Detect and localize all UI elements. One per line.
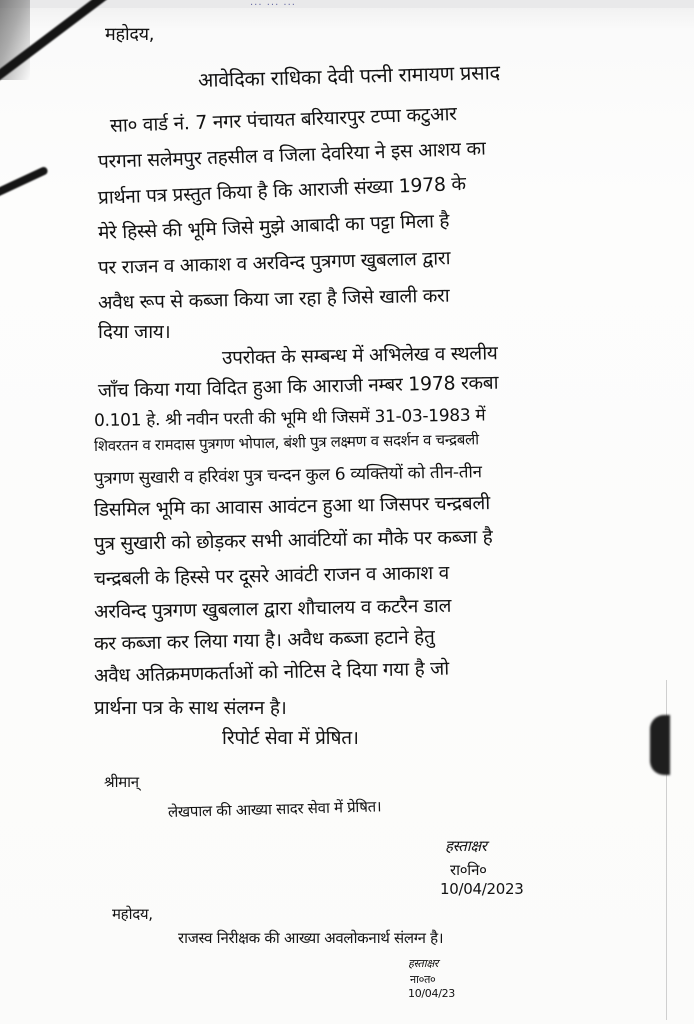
note2-date: 10/04/23 xyxy=(408,987,455,1000)
note1-signature: हस्ताक्षर xyxy=(445,836,487,856)
faint-printed-header: ... ... ... xyxy=(250,0,296,8)
paragraph2-line: पुत्रगण सुखारी व हरिवंश पुत्र चन्दन कुल … xyxy=(94,459,482,489)
paragraph1-line: पर राजन व आकाश व अरविन्द पुत्रगण खुबलाल … xyxy=(98,244,451,280)
paragraph2-line: 0.101 हे. श्री नवीन परती की भूमि थी जिसम… xyxy=(94,403,486,431)
pen-stroke-mark-tail xyxy=(0,166,49,199)
note1-date: 10/04/2023 xyxy=(440,880,523,898)
pen-stroke-mark xyxy=(0,0,222,93)
paragraph2-line: अरविन्द पुत्रगण खुबलाल द्वारा शौचालय व क… xyxy=(94,592,452,624)
paragraph1-line: सा० वार्ड नं. 7 नगर पंचायत बरियारपुर टप्… xyxy=(110,100,457,138)
paragraph2-line: पुत्र सुखारी को छोड़कर सभी आवंटियों का म… xyxy=(94,523,493,556)
note2-text: राजस्व निरीक्षक की आख्या अवलोकनार्थ संलग… xyxy=(178,928,443,948)
note2-designation: ना०त० xyxy=(410,972,435,987)
note1-designation: रा०नि० xyxy=(450,860,487,880)
paragraph2-line: प्रार्थना पत्र के साथ संलग्न है। xyxy=(94,694,287,720)
note2-signature: हस्ताक्षर xyxy=(408,956,438,971)
scanned-letter-page: ... ... ... महोदय, आवेदिका राधिका देवी प… xyxy=(0,0,694,1024)
paragraph2-line: अवैध अतिक्रमणकर्ताओं को नोटिस दे दिया गय… xyxy=(94,655,449,688)
note2-heading: महोदय, xyxy=(112,904,153,924)
paragraph2-line: शिवरतन व रामदास पुत्रगण भोपाल, बंशी पुत्… xyxy=(94,429,479,456)
paragraph2-line: उपरोक्त के सम्बन्ध में अभिलेख व स्थलीय xyxy=(222,339,498,370)
paragraph2-line: जाँच किया गया विदित हुआ कि आराजी नम्बर 1… xyxy=(98,369,499,403)
note1-text: लेखपाल की आख्या सादर सेवा में प्रेषित। xyxy=(168,796,382,822)
paragraph1-line: मेरे हिस्से की भूमि जिसे मुझे आबादी का प… xyxy=(98,207,450,245)
note1-heading: श्रीमान् xyxy=(104,772,139,792)
paragraph1-line: परगना सलेमपुर तहसील व जिला देवरिया ने इस… xyxy=(98,134,486,174)
paragraph2-line: चन्द्रबली के हिस्से पर दूसरे आवंटी राजन … xyxy=(94,559,449,591)
paragraph2-line: डिसमिल भूमि का आवास आवंटन हुआ था जिसपर च… xyxy=(94,489,490,522)
report-forwarding-line: रिपोर्ट सेवा में प्रेषित। xyxy=(222,724,359,750)
paragraph2-line: कर कब्जा कर लिया गया है। अवैध कब्जा हटान… xyxy=(94,623,435,656)
paragraph1-line: प्रार्थना पत्र प्रस्तुत किया है कि आराजी… xyxy=(98,170,467,210)
paragraph1-line: अवैध रूप से कब्जा किया जा रहा है जिसे खा… xyxy=(98,282,450,315)
paragraph1-line: आवेदिका राधिका देवी पत्नी रामायण प्रसाद xyxy=(198,58,500,93)
binding-clip-mark xyxy=(650,715,670,775)
paragraph1-line: दिया जाय। xyxy=(98,318,170,344)
salutation: महोदय, xyxy=(105,22,154,46)
